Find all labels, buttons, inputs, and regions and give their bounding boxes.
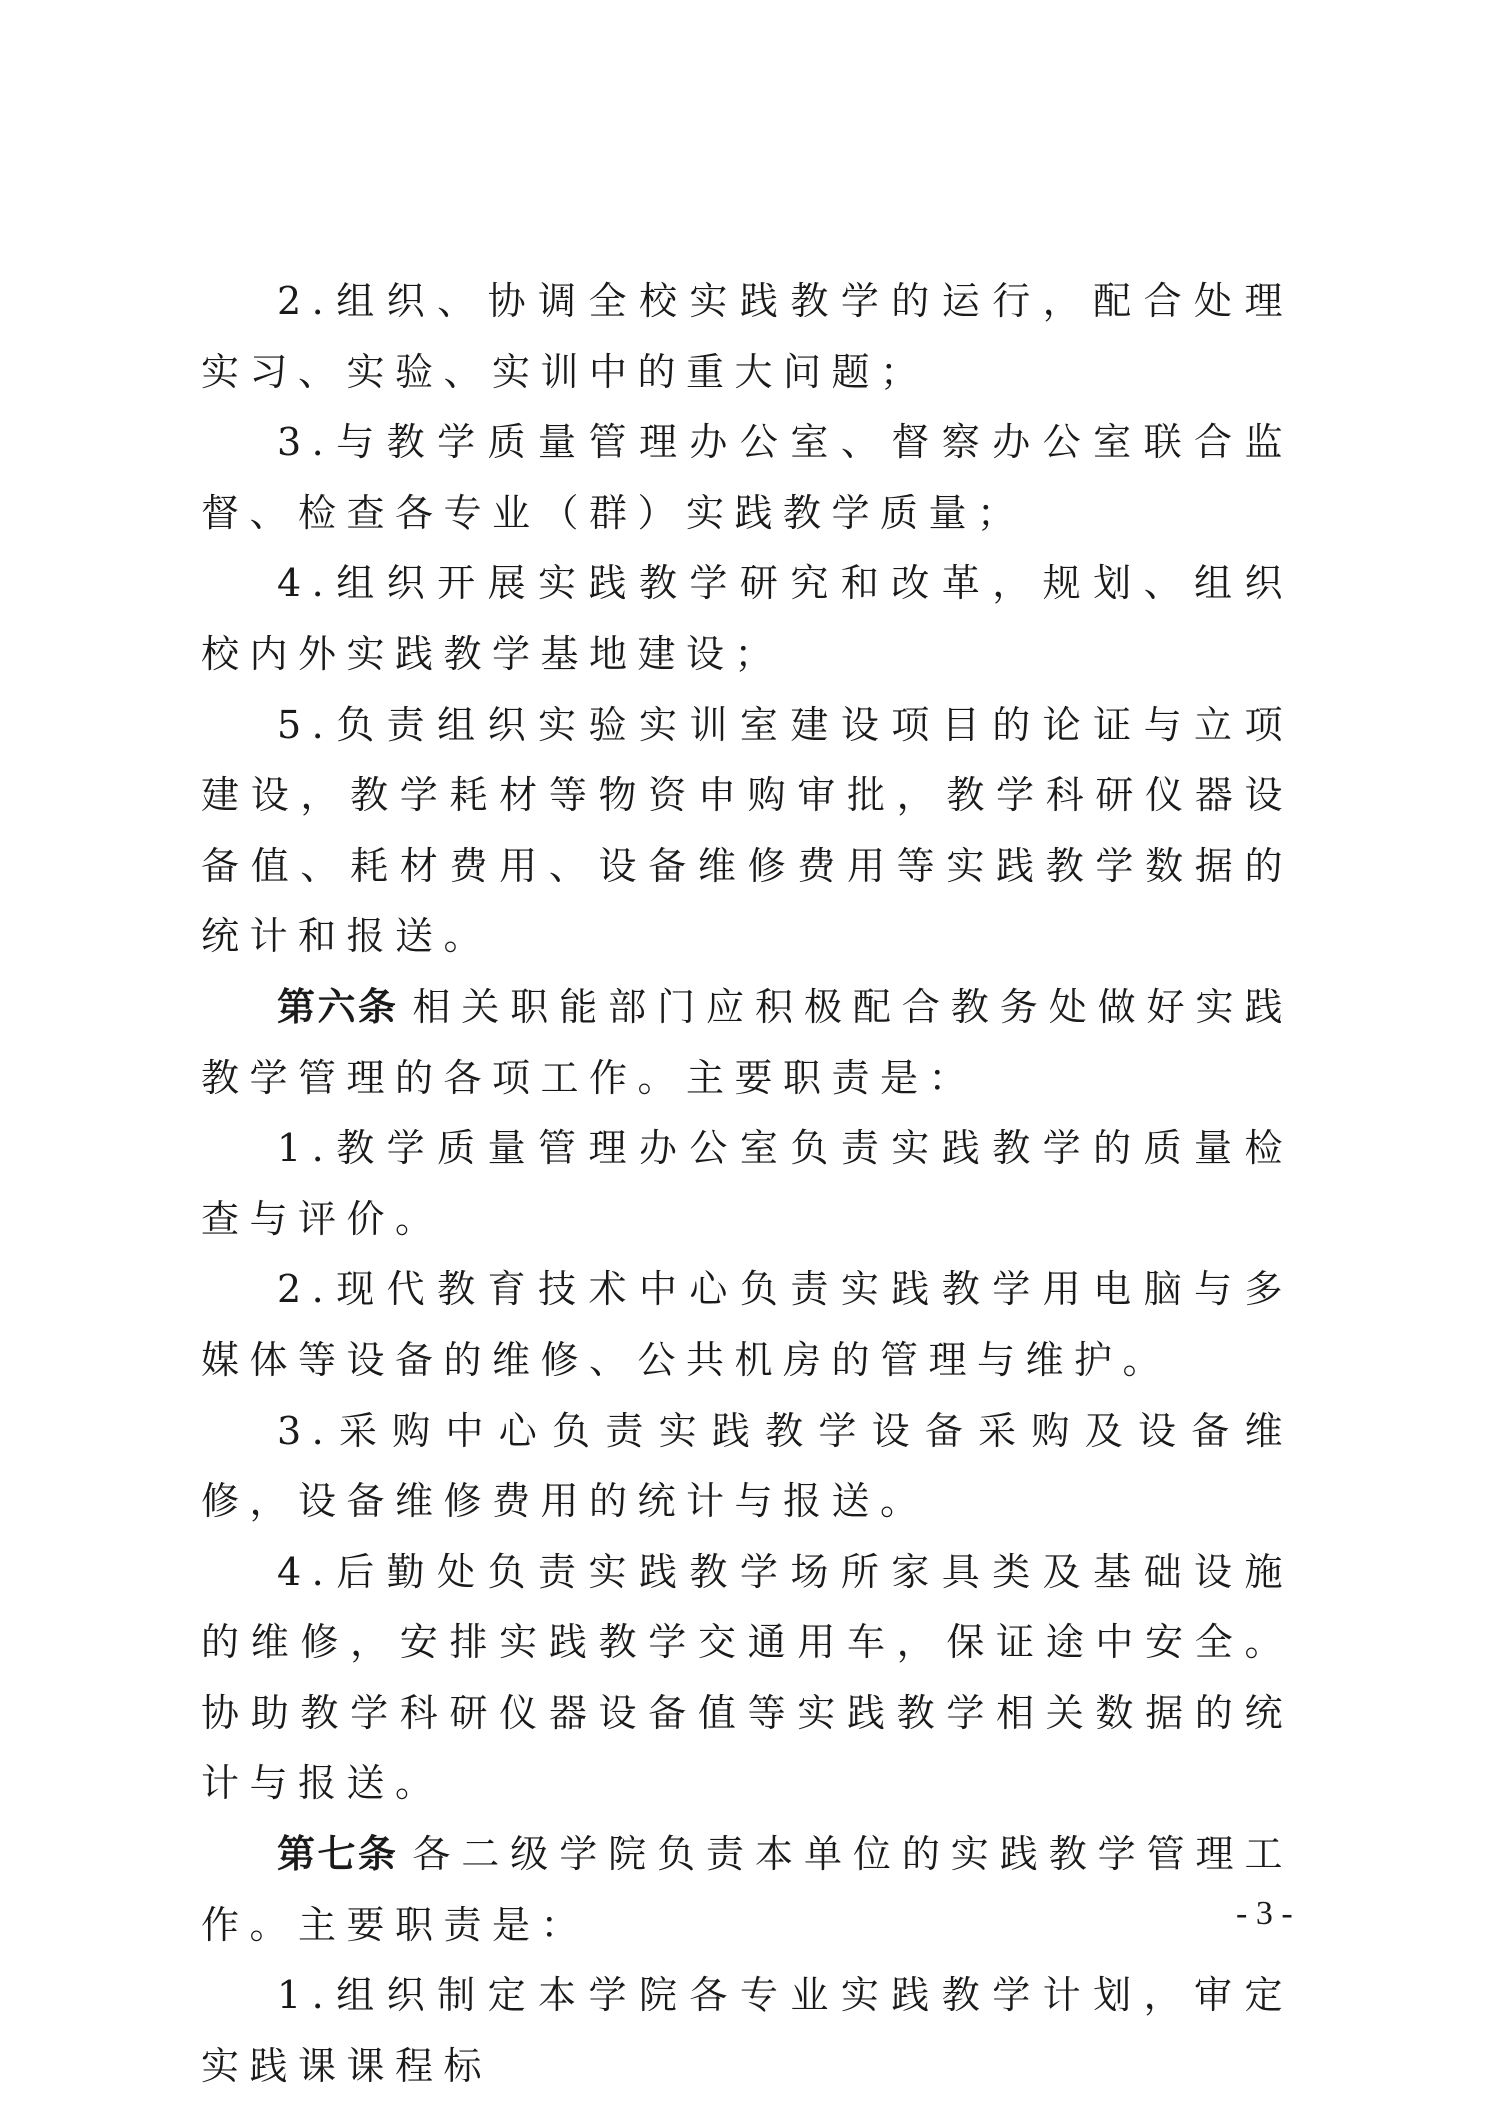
article-7: 第七条各二级学院负责本单位的实践教学管理工作。主要职责是： — [201, 1819, 1293, 1960]
list-item-4-research-reform: 4.组织开展实践教学研究和改革，规划、组织校内外实践教学基地建设； — [201, 548, 1293, 689]
paragraph-text: 1.组织制定本学院各专业实践教学计划，审定实践课课程标 — [201, 1973, 1293, 2088]
paragraph-text: 2.组织、协调全校实践教学的运行，配合处理实习、实验、实训中的重大问题； — [201, 279, 1293, 394]
article-6-title: 第六条 — [277, 984, 398, 1029]
list-item-3-procurement-center: 3.采购中心负责实践教学设备采购及设备维修，设备维修费用的统计与报送。 — [201, 1396, 1293, 1537]
article-7-title: 第七条 — [277, 1831, 398, 1876]
paragraph-text: 4.后勤处负责实践教学场所家具类及基础设施的维修，安排实践教学交通用车，保证途中… — [201, 1550, 1293, 1806]
article-6: 第六条相关职能部门应积极配合教务处做好实践教学管理的各项工作。主要职责是： — [201, 972, 1293, 1113]
paragraph-text: 4.组织开展实践教学研究和改革，规划、组织校内外实践教学基地建设； — [201, 561, 1293, 676]
list-item-3-quality-supervision: 3.与教学质量管理办公室、督察办公室联合监督、检查各专业（群）实践教学质量； — [201, 407, 1293, 548]
document-page: 2.组织、协调全校实践教学的运行，配合处理实习、实验、实训中的重大问题； 3.与… — [0, 0, 1488, 2105]
list-item-5-lab-construction: 5.负责组织实验实训室建设项目的论证与立项建设，教学耗材等物资申购审批，教学科研… — [201, 690, 1293, 972]
paragraph-text: 2.现代教育技术中心负责实践教学用电脑与多媒体等设备的维修、公共机房的管理与维护… — [201, 1267, 1293, 1382]
document-body: 2.组织、协调全校实践教学的运行，配合处理实习、实验、实训中的重大问题； 3.与… — [201, 266, 1293, 2101]
list-item-4-logistics: 4.后勤处负责实践教学场所家具类及基础设施的维修，安排实践教学交通用车，保证途中… — [201, 1537, 1293, 1819]
paragraph-text: 3.采购中心负责实践教学设备采购及设备维修，设备维修费用的统计与报送。 — [201, 1409, 1293, 1524]
paragraph-text: 1.教学质量管理办公室负责实践教学的质量检查与评价。 — [201, 1126, 1293, 1241]
page-number: - 3 - — [1236, 1895, 1293, 1933]
list-item-1-college-plan: 1.组织制定本学院各专业实践教学计划，审定实践课课程标 — [201, 1960, 1293, 2101]
paragraph-text: 5.负责组织实验实训室建设项目的论证与立项建设，教学耗材等物资申购审批，教学科研… — [201, 703, 1293, 959]
list-item-2-organize-coordinate: 2.组织、协调全校实践教学的运行，配合处理实习、实验、实训中的重大问题； — [201, 266, 1293, 407]
paragraph-text: 3.与教学质量管理办公室、督察办公室联合监督、检查各专业（群）实践教学质量； — [201, 420, 1293, 535]
list-item-2-edu-tech-center: 2.现代教育技术中心负责实践教学用电脑与多媒体等设备的维修、公共机房的管理与维护… — [201, 1254, 1293, 1395]
list-item-1-quality-office: 1.教学质量管理办公室负责实践教学的质量检查与评价。 — [201, 1113, 1293, 1254]
